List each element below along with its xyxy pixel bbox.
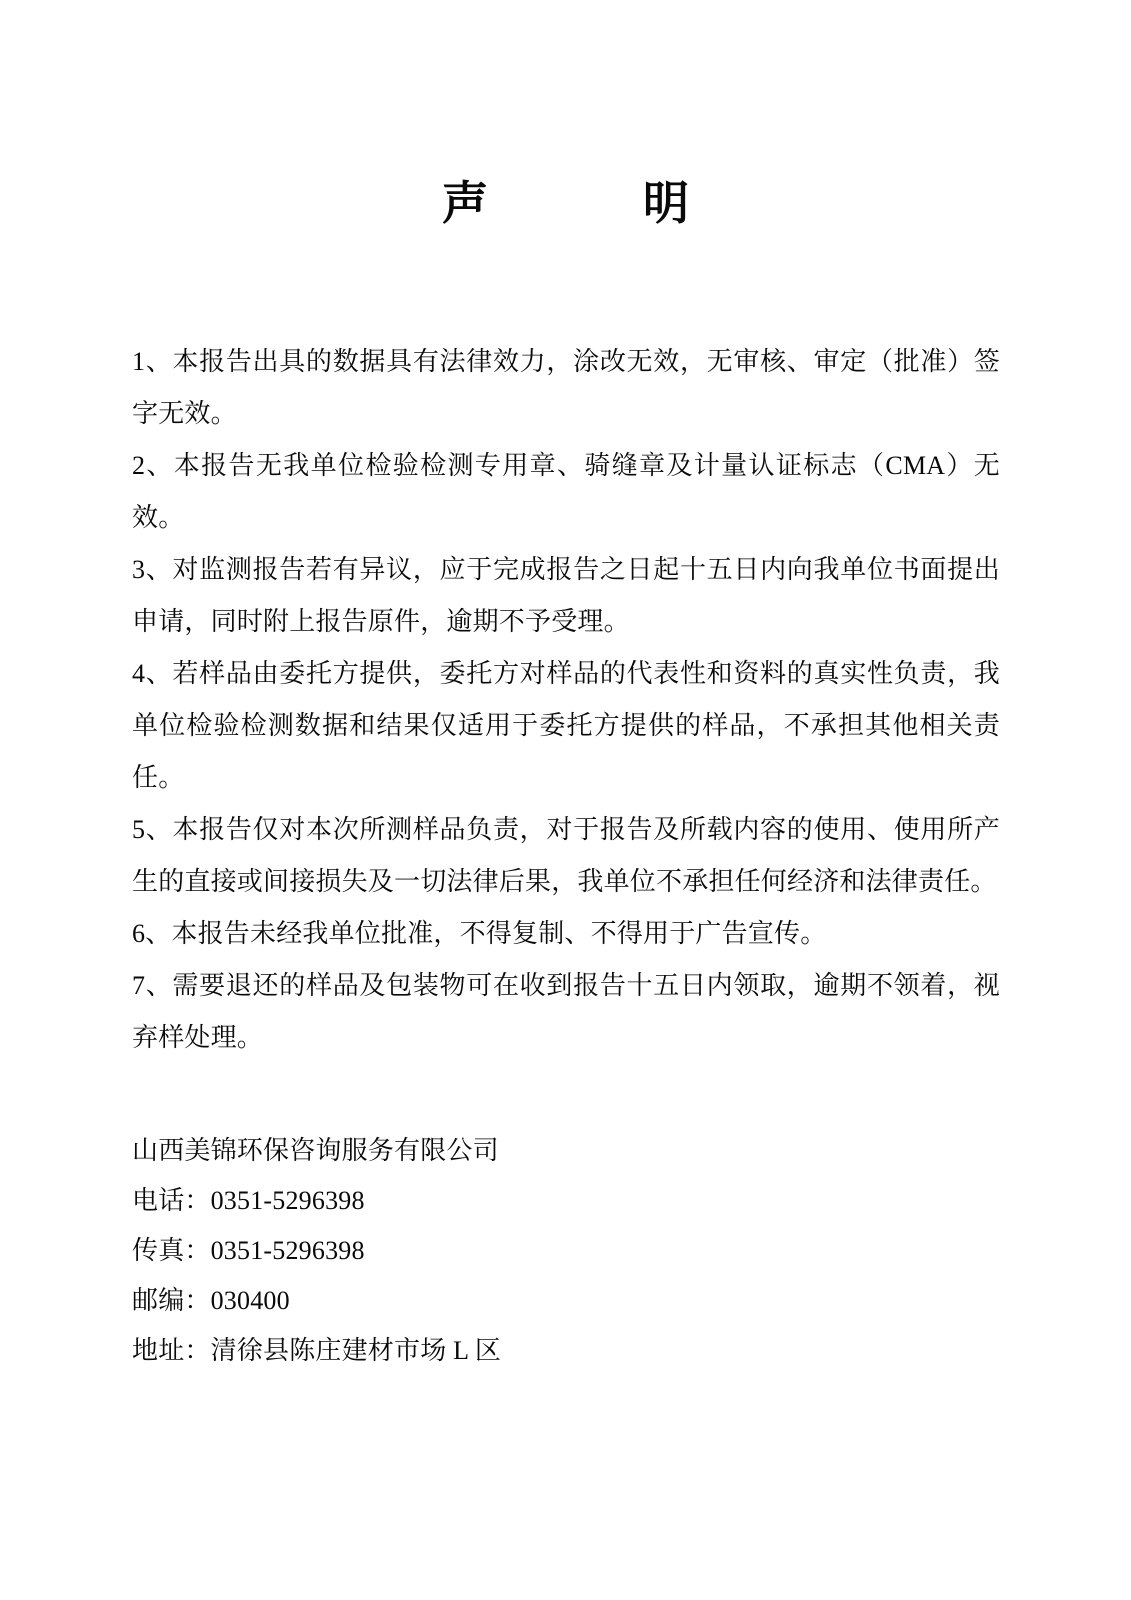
declaration-list: 1、本报告出具的数据具有法律效力，涂改无效，无审核、审定（批准）签字无效。 2、… <box>132 336 1000 1064</box>
address-label: 地址： <box>132 1336 211 1365</box>
declaration-item-6: 6、本报告未经我单位批准，不得复制、不得用于广告宣传。 <box>132 908 1000 960</box>
fax-label: 传真： <box>132 1236 211 1265</box>
address-line: 地址：清徐县陈庄建材市场 L 区 <box>132 1326 1000 1376</box>
declaration-item-5: 5、本报告仅对本次所测样品负责，对于报告及所载内容的使用、使用所产生的直接或间接… <box>132 804 1000 908</box>
phone-label: 电话： <box>132 1186 211 1215</box>
page-title-char-2: 明 <box>643 176 689 231</box>
declaration-item-2: 2、本报告无我单位检验检测专用章、骑缝章及计量认证标志（CMA）无效。 <box>132 440 1000 544</box>
fax-line: 传真：0351-5296398 <box>132 1226 1000 1276</box>
contact-block: 山西美锦环保咨询服务有限公司 电话：0351-5296398 传真：0351-5… <box>132 1126 1000 1376</box>
declaration-item-1: 1、本报告出具的数据具有法律效力，涂改无效，无审核、审定（批准）签字无效。 <box>132 336 1000 440</box>
declaration-item-7: 7、需要退还的样品及包装物可在收到报告十五日内领取，逾期不领着，视弃样处理。 <box>132 960 1000 1064</box>
phone-line: 电话：0351-5296398 <box>132 1176 1000 1226</box>
postcode-value: 030400 <box>211 1286 290 1315</box>
fax-value: 0351-5296398 <box>211 1236 365 1265</box>
document-page: 声 明 1、本报告出具的数据具有法律效力，涂改无效，无审核、审定（批准）签字无效… <box>0 0 1131 1600</box>
page-title: 声 明 <box>0 176 1131 231</box>
postcode-label: 邮编： <box>132 1286 211 1315</box>
page-title-char-1: 声 <box>442 176 488 231</box>
postcode-line: 邮编：030400 <box>132 1276 1000 1326</box>
address-value: 清徐县陈庄建材市场 L 区 <box>211 1336 502 1365</box>
company-name: 山西美锦环保咨询服务有限公司 <box>132 1126 1000 1176</box>
phone-value: 0351-5296398 <box>211 1186 365 1215</box>
declaration-item-4: 4、若样品由委托方提供，委托方对样品的代表性和资料的真实性负责，我单位检验检测数… <box>132 648 1000 804</box>
declaration-item-3: 3、对监测报告若有异议，应于完成报告之日起十五日内向我单位书面提出申请，同时附上… <box>132 544 1000 648</box>
